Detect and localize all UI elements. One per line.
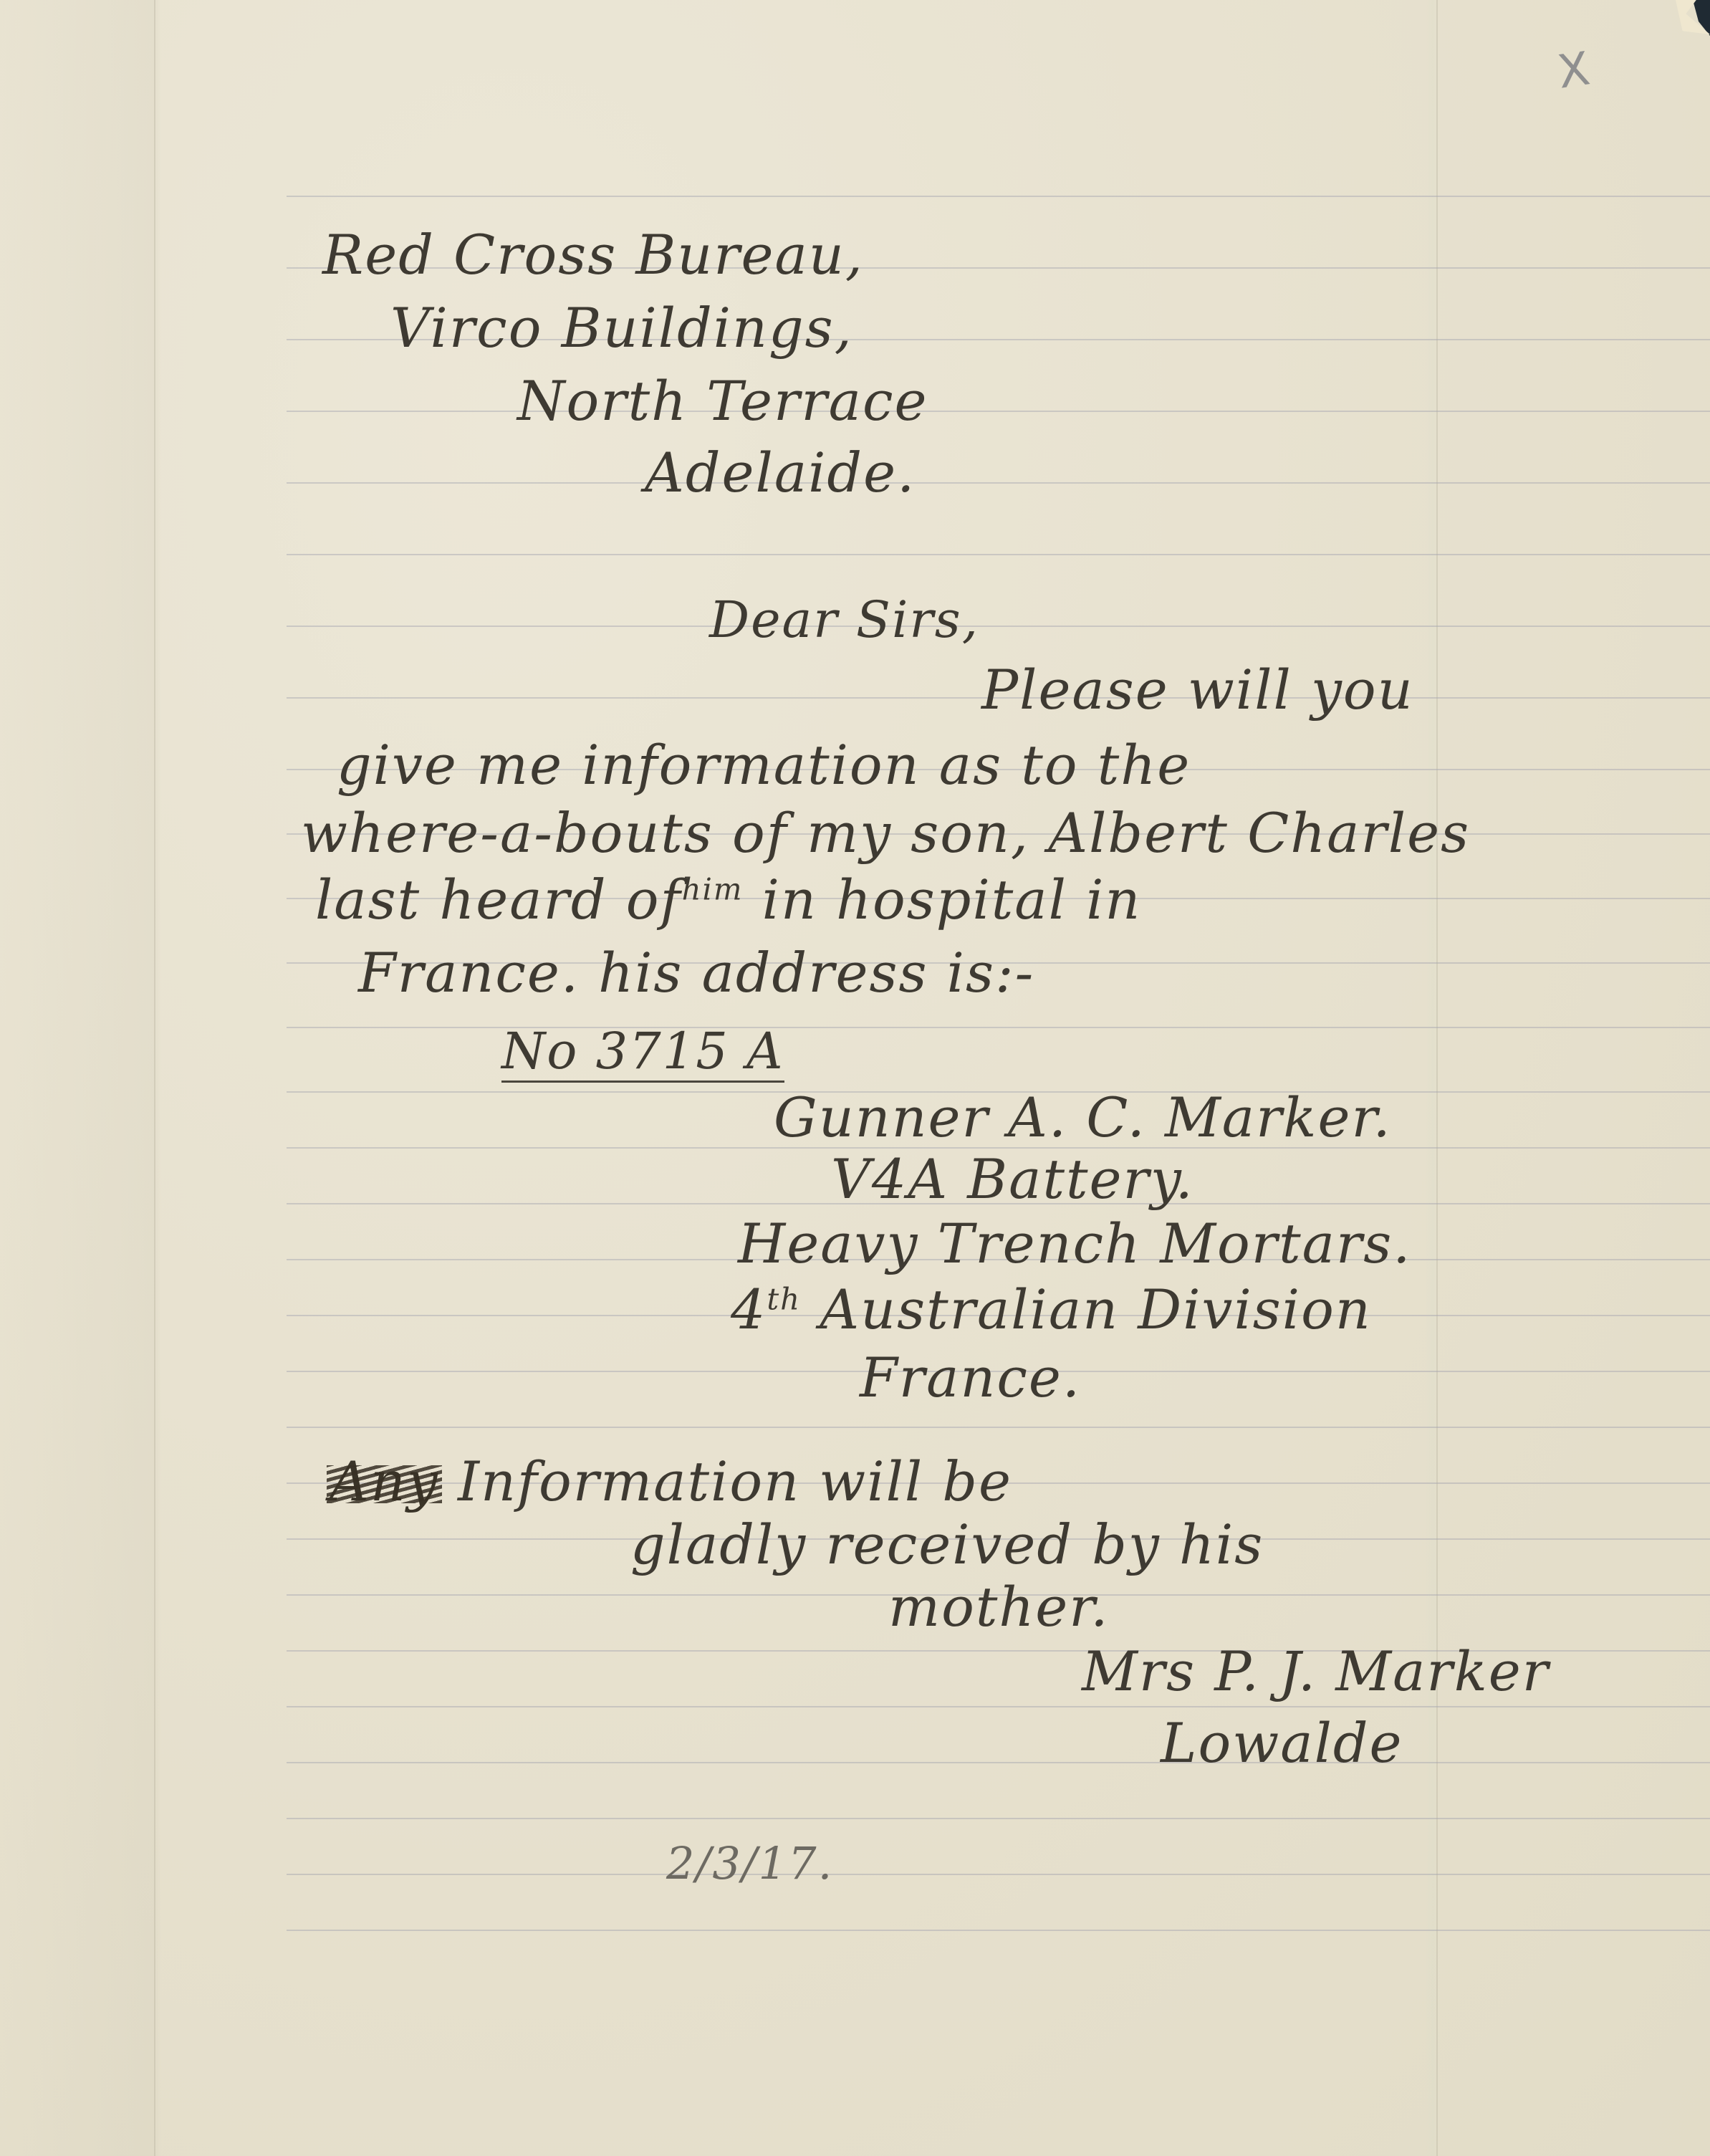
ruled-line bbox=[287, 626, 1710, 627]
division-name: Australian Division bbox=[801, 1278, 1372, 1341]
regimental-number: No 3715 A bbox=[501, 1026, 784, 1083]
ruled-line bbox=[287, 196, 1710, 197]
ruled-line bbox=[287, 1930, 1710, 1931]
closing-line-3: mother. bbox=[888, 1580, 1109, 1634]
ruled-line bbox=[287, 1427, 1710, 1428]
salutation: Dear Sirs, bbox=[709, 595, 979, 645]
paper-fold-left bbox=[154, 0, 155, 2156]
ruled-line bbox=[287, 1762, 1710, 1763]
ruled-line bbox=[287, 1027, 1710, 1028]
soldier-address-line-2: V4A Battery. bbox=[831, 1152, 1194, 1207]
soldier-address-line-4: 4th Australian Division bbox=[731, 1283, 1372, 1337]
body-line-1: Please will you bbox=[981, 663, 1414, 717]
addressee-line-4: Adelaide. bbox=[645, 446, 916, 500]
ruled-line bbox=[287, 1818, 1710, 1819]
struck-out-word: Any bbox=[330, 1455, 439, 1509]
ruled-line bbox=[287, 554, 1710, 555]
ruled-line bbox=[287, 1706, 1710, 1707]
closing-line-1-text: Information will be bbox=[458, 1450, 1012, 1513]
body-line-4: last heard ofhim in hospital in bbox=[315, 873, 1141, 927]
body-line-2: give me information as to the bbox=[337, 738, 1191, 792]
body-line-5: France. his address is:- bbox=[358, 946, 1034, 1000]
signature-name: Mrs P. J. Marker bbox=[1082, 1644, 1550, 1699]
addressee-line-1: Red Cross Bureau, bbox=[322, 228, 864, 282]
letter-date: 2/3/17. bbox=[666, 1841, 833, 1886]
closing-line-2: gladly received by his bbox=[630, 1518, 1264, 1572]
letter-paper: X Red Cross Bureau, Virco Buildings, Nor… bbox=[0, 0, 1710, 2156]
soldier-address-line-5: France. bbox=[860, 1351, 1081, 1405]
addressee-line-2: Virco Buildings, bbox=[390, 301, 853, 355]
body-line-4-start: last heard of bbox=[315, 868, 682, 931]
addressee-line-3: North Terrace bbox=[517, 374, 928, 428]
soldier-address-line-3: Heavy Trench Mortars. bbox=[738, 1217, 1411, 1271]
pencil-x-mark: X bbox=[1555, 42, 1593, 99]
body-line-3: where-a-bouts of my son, Albert Charles bbox=[301, 806, 1470, 861]
ruled-line bbox=[287, 411, 1710, 412]
closing-line-1: Any Information will be bbox=[330, 1455, 1012, 1509]
signature-place: Lowalde bbox=[1161, 1716, 1403, 1771]
division-ordinal-suffix: th bbox=[767, 1282, 801, 1317]
soldier-address-line-1: Gunner A. C. Marker. bbox=[774, 1091, 1392, 1145]
division-ordinal: 4 bbox=[731, 1278, 767, 1341]
ruled-line bbox=[287, 1874, 1710, 1875]
body-line-4-end: in hospital in bbox=[762, 868, 1142, 931]
inserted-word: him bbox=[682, 872, 744, 907]
paper-fold-right bbox=[1436, 0, 1438, 2156]
ruled-line bbox=[287, 482, 1710, 484]
